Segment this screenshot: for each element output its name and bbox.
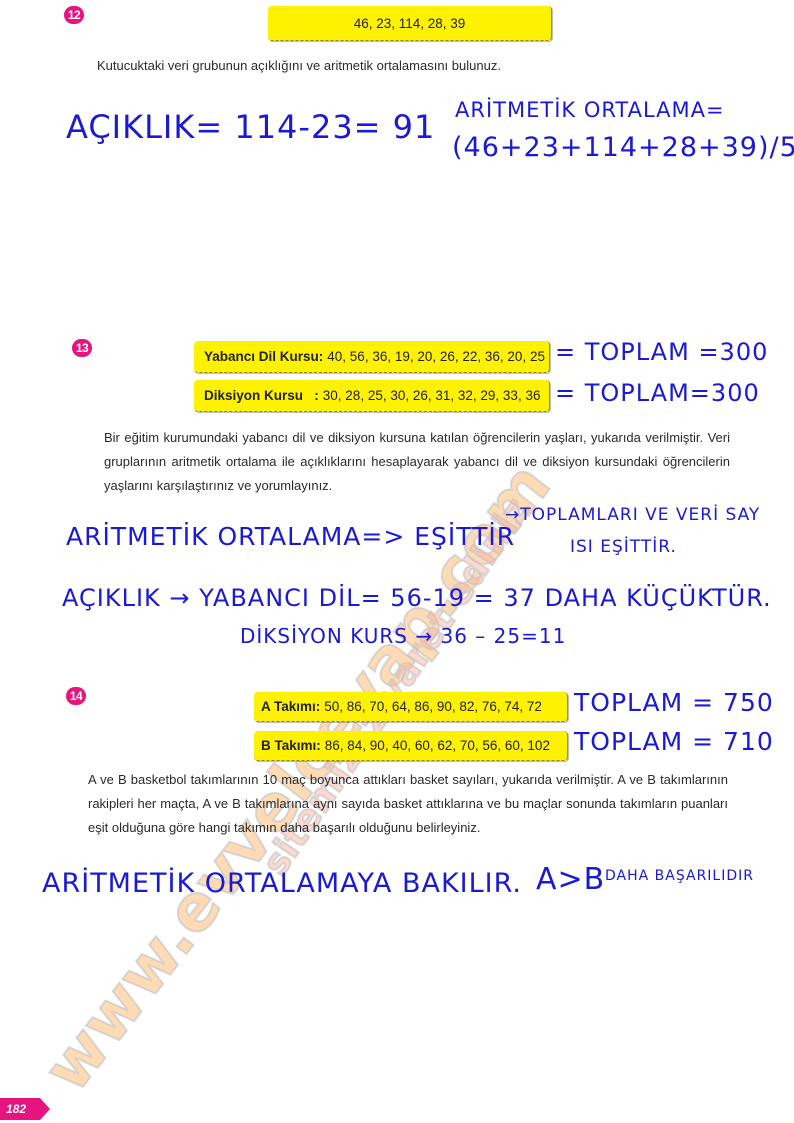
question-number-12: 12 <box>64 6 84 24</box>
handwritten-conclusion: A>B <box>536 862 605 897</box>
handwritten-range-yabanci: AÇIKLIK → YABANCI DİL= 56-19 = 37 DAHA K… <box>62 584 772 612</box>
handwritten-answer: ARİTMETİK ORTALAMAYA BAKILIR. <box>42 868 522 899</box>
question-prompt-12: Kutucuktaki veri grubunun açıklığını ve … <box>97 54 717 78</box>
page-number: 182 <box>0 1098 50 1120</box>
handwritten-total-yabanci: = TOPLAM =300 <box>555 338 768 366</box>
row-label: A Takımı: <box>261 699 320 714</box>
handwritten-mean-equal: ARİTMETİK ORTALAMA=> EŞİTTİR <box>66 522 515 551</box>
row-label: Diksiyon Kursu : <box>204 388 319 403</box>
question-number-13: 13 <box>72 339 92 357</box>
row-label: Yabancı Dil Kursu: <box>204 349 323 364</box>
handwritten-range-diksiyon: DİKSİYON KURS → 36 – 25=11 <box>240 624 566 648</box>
handwritten-total-diksiyon: = TOPLAM=300 <box>555 379 760 407</box>
data-values: 46, 23, 114, 28, 39 <box>354 16 466 31</box>
question-prompt-14: A ve B basketbol takımlarının 10 maç boy… <box>88 768 728 840</box>
handwritten-mean-calc: (46+23+114+28+39)/5=50 <box>452 132 794 163</box>
question-number-14: 14 <box>66 687 86 705</box>
row-values: 40, 56, 36, 19, 20, 26, 22, 36, 20, 25 <box>327 349 545 364</box>
row-values: 30, 28, 25, 30, 26, 31, 32, 29, 33, 36 <box>323 388 541 403</box>
handwritten-note-a: →TOPLAMLARI VE VERİ SAY <box>505 505 760 525</box>
handwritten-total-b: TOPLAM = 710 <box>574 727 774 756</box>
handwritten-conclusion-note: DAHA BAŞARILIDIR <box>605 868 754 884</box>
row-values: 86, 84, 90, 40, 60, 62, 70, 56, 60, 102 <box>325 738 550 753</box>
row-values: 50, 86, 70, 64, 86, 90, 82, 76, 74, 72 <box>324 699 542 714</box>
data-row-diksiyon: Diksiyon Kursu : 30, 28, 25, 30, 26, 31,… <box>194 380 550 412</box>
handwritten-total-a: TOPLAM = 750 <box>574 688 774 717</box>
handwritten-mean-label: ARİTMETİK ORTALAMA= <box>455 98 725 122</box>
data-box-12: 46, 23, 114, 28, 39 <box>268 6 552 41</box>
data-row-a-takimi: A Takımı: 50, 86, 70, 64, 86, 90, 82, 76… <box>254 692 568 722</box>
data-row-yabanci-dil: Yabancı Dil Kursu: 40, 56, 36, 19, 20, 2… <box>194 341 550 373</box>
question-prompt-13: Bir eğitim kurumundaki yabancı dil ve di… <box>104 426 730 498</box>
handwritten-note-b: ISI EŞİTTİR. <box>570 537 677 557</box>
row-label: B Takımı: <box>261 738 321 753</box>
handwritten-range: AÇIKLIK= 114-23= 91 <box>66 108 435 146</box>
data-row-b-takimi: B Takımı: 86, 84, 90, 40, 60, 62, 70, 56… <box>254 731 568 761</box>
